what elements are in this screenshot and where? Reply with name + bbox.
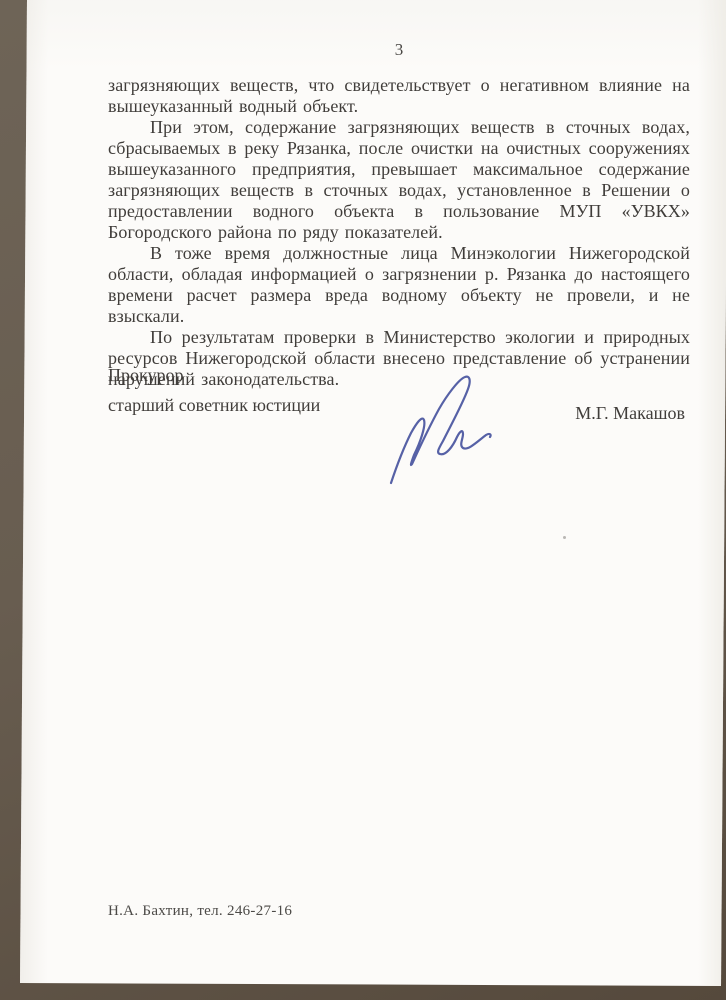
paragraph: При этом, содержание загрязняющих вещест… [108, 117, 690, 243]
scan-background: 3 загрязняющих веществ, что свидетельств… [0, 0, 726, 1000]
paragraph: загрязняющих веществ, что свидетельствуе… [108, 75, 690, 117]
scan-speck [563, 536, 566, 539]
document-body: загрязняющих веществ, что свидетельствуе… [108, 75, 690, 390]
handwritten-signature-icon [383, 371, 503, 489]
paragraph: В тоже время должностные лица Минэкологи… [108, 243, 690, 327]
page-number: 3 [108, 40, 690, 60]
document-page: 3 загрязняющих веществ, что свидетельств… [0, 0, 726, 1000]
signer-name: М.Г. Макашов [575, 403, 690, 424]
signer-position-line-2: старший советник юстиции [108, 395, 320, 416]
executor-contact: Н.А. Бахтин, тел. 246-27-16 [108, 903, 292, 920]
